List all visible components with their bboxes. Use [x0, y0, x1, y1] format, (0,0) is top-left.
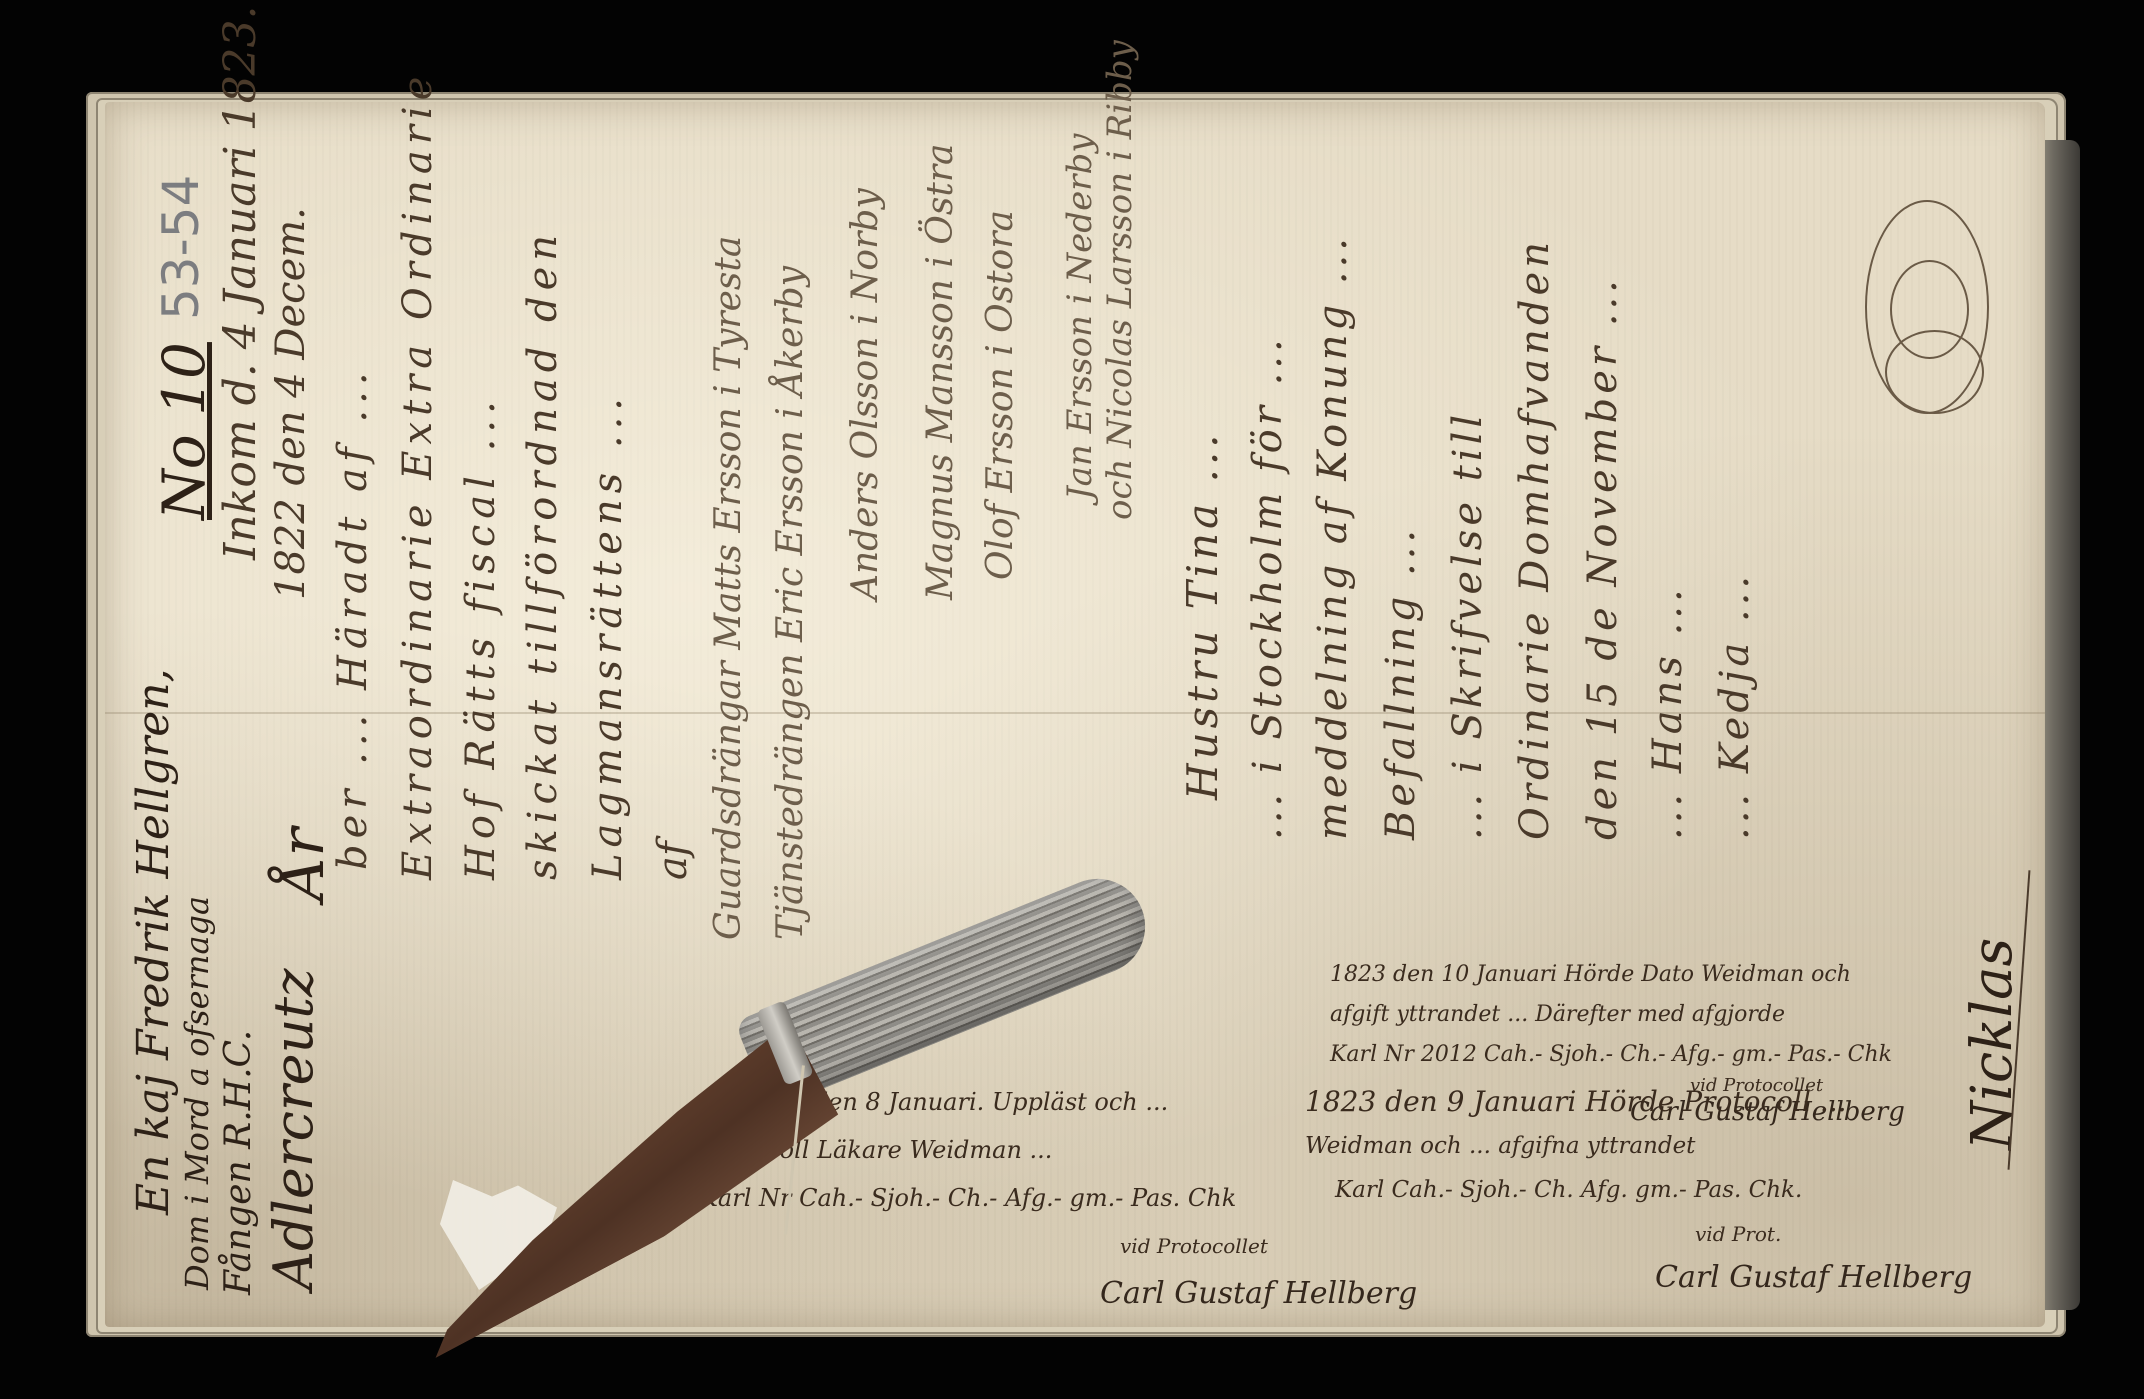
intro-line-2: 1822 den 4 Decem.	[268, 207, 314, 600]
body-column-5: Lagmansrättens ...	[585, 392, 631, 880]
annotation-right-top-line-1: 1823 den 10 Januari Hörde Dato Weidman o…	[1330, 955, 1905, 995]
body-column-4: skickat tillförordnad den	[520, 229, 566, 880]
body-column-13: den 15 de November ...	[1580, 276, 1626, 840]
annotation-right-bottom-line-1: 1823 den 9 Januari Hörde Protocoll ...	[1305, 1080, 1972, 1124]
annotation-right-bottom-line-2: Weidman och ... afgifna yttrandet	[1305, 1124, 1972, 1168]
annotation-right-bottom-line-3: Karl Cah.- Sjoh.- Ch. Afg. gm.- Pas. Chk…	[1305, 1168, 1972, 1212]
annotation-right-bottom: 1823 den 9 Januari Hörde Protocoll ... W…	[1305, 1080, 1972, 1300]
body-column-8: ... i Stockholm för ...	[1245, 335, 1291, 840]
body-column-2: Extraordinarie Extra Ordinarie	[395, 71, 441, 880]
witness-column-7: och Nicolas Larsson i Ribby	[1100, 40, 1140, 520]
witness-column-4: Magnus Mansson i Östra	[920, 143, 961, 600]
body-column-14: ... Hans ...	[1645, 585, 1691, 840]
witness-column-2: Tjänstedrängen Eric Ersson i Åkerby	[770, 266, 811, 940]
annotation-right-bottom-line-4: vid Prot.	[1305, 1212, 1972, 1256]
body-column-1: ber ... Häradt af ...	[330, 366, 376, 870]
body-column-10: Befallning ...	[1378, 526, 1424, 840]
body-column-15: ... Kedja ...	[1712, 572, 1758, 840]
body-column-9: meddelning af Konung ...	[1310, 234, 1356, 840]
margin-signature: Nicklas	[1960, 938, 2025, 1150]
intro-line-1: Inkom d. 4 Januari 1823.	[215, 5, 266, 560]
body-column-12: Ordinarie Domhafvanden	[1512, 238, 1558, 840]
body-column-3: Hof Rätts fiscal ...	[458, 395, 504, 880]
pencil-number: 53-54	[152, 175, 210, 320]
witness-column-1: Guardsdrängar Matts Ersson i Tyresta	[708, 236, 749, 940]
defendant-line-1: En kaj Fredrik Hellgren,	[128, 668, 179, 1215]
witness-column-5: Olof Ersson i Ostora	[980, 210, 1021, 580]
annotation-right-top-line-2: afgift yttrandet ... Därefter med afgjor…	[1330, 995, 1905, 1035]
body-column-11: ... i Skrifvelse till	[1445, 411, 1491, 840]
year-label: År	[268, 828, 338, 900]
case-number: No 10	[150, 342, 218, 520]
body-column-7: Hustru Tina ...	[1178, 430, 1227, 800]
witness-column-3: Anders Olsson i Norby	[845, 188, 886, 600]
knife	[340, 865, 1220, 1225]
defendant-line-3: Fången R.H.C.	[218, 1030, 259, 1295]
annotation-right-top-line-3: Karl Nr 2012 Cah.- Sjoh.- Ch.- Afg.- gm.…	[1330, 1035, 1905, 1075]
flourish-ornament-loop	[1885, 330, 1984, 414]
annotation-right-bottom-signature: Carl Gustaf Hellberg	[1305, 1256, 1972, 1300]
defendant-line-2: Dom i Mord a ofsernaga	[178, 896, 216, 1290]
witness-column-6: Jan Ersson i Nederby	[1060, 134, 1100, 500]
defendant-name: Adlercreutz	[262, 968, 325, 1290]
